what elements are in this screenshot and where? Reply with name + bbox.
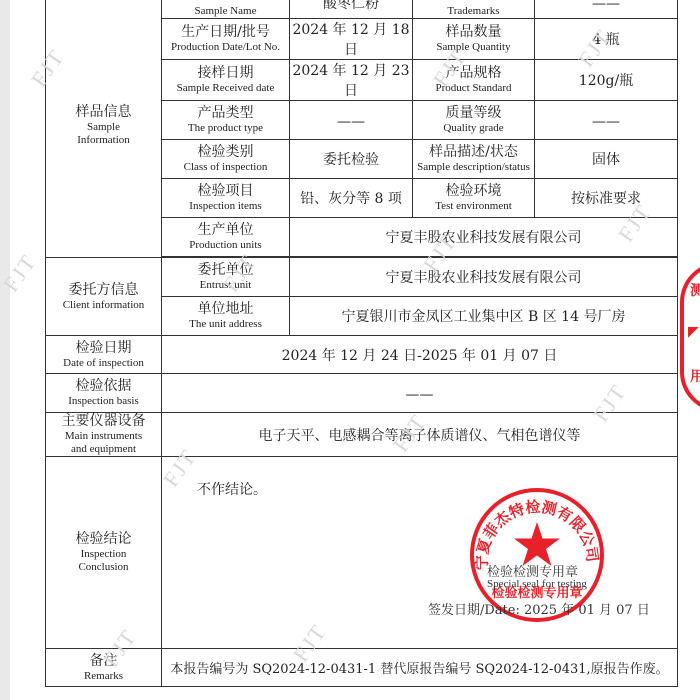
field-value-quality-grade: ——	[592, 114, 620, 130]
field-label-en: Conclusion	[46, 561, 161, 574]
field-label-en: The product type	[162, 122, 289, 135]
field-label-zh: 备注	[46, 653, 161, 670]
field-value-sample-quantity: 4 瓶	[592, 32, 619, 48]
field-value-production-unit: 宁夏丰股农业科技发展有限公司	[386, 230, 582, 246]
field-value-sample-name: 酸枣仁粉	[323, 0, 379, 12]
field-label-en: Entrust unit	[162, 279, 289, 292]
field-label-en: Inspection	[46, 548, 161, 561]
field-label-en: Sample Quantity	[413, 41, 534, 54]
field-value-instruments: 电子天平、电感耦合等离子体质谱仪、气相色谱仪等	[259, 428, 581, 444]
field-value-production-date: 2024 年 12 月 18 日	[292, 22, 409, 58]
row-inspection-date: 检验日期Date of inspection 2024 年 12 月 24 日-…	[46, 336, 678, 374]
field-label-zh: 检验类别	[162, 144, 289, 161]
field-label-en: Quality grade	[413, 122, 534, 135]
row-sample-name: 样品信息 Sample Information Sample Name 酸枣仁粉…	[46, 0, 678, 19]
field-label-en: Inspection items	[162, 200, 289, 213]
field-label-zh: 质量等级	[413, 105, 534, 122]
field-value-trademarks: ——	[592, 0, 620, 12]
field-label-zh: 产品类型	[162, 105, 289, 122]
field-label-en: Trademarks	[413, 5, 534, 18]
field-label-zh: 产品规格	[413, 65, 534, 82]
field-label-en: Sample Name	[162, 5, 289, 18]
field-value-test-environment: 按标准要求	[571, 191, 641, 207]
field-label-zh: 单位地址	[162, 301, 289, 318]
field-label-zh: 样品描述/状态	[413, 144, 534, 161]
field-label-zh: 样品数量	[413, 24, 534, 41]
field-label-en: Production units	[162, 239, 289, 252]
field-label-zh: 检验日期	[46, 340, 161, 357]
field-value-remarks: 本报告编号为 SQ2024-12-0431-1 替代原报告编号 SQ2024-1…	[170, 662, 668, 677]
field-value-product-standard: 120g/瓶	[579, 73, 633, 89]
field-label-en: Class of inspection	[162, 161, 289, 174]
field-label-en: Sample description/status	[413, 161, 534, 174]
field-value-unit-address: 宁夏银川市金凤区工业集中区 B 区 14 号厂房	[342, 309, 626, 325]
field-value-inspection-items: 铅、灰分等 8 项	[300, 191, 402, 207]
field-label-en: Product Standard	[413, 82, 534, 95]
field-label-en: Production Date/Lot No.	[162, 41, 289, 54]
field-label-zh: 委托单位	[162, 262, 289, 279]
field-label-en: and equipment	[46, 443, 161, 456]
field-label-en: Date of inspection	[46, 357, 161, 370]
row-remarks: 备注Remarks 本报告编号为 SQ2024-12-0431-1 替代原报告编…	[46, 649, 678, 687]
section-label-zh: 样品信息	[46, 104, 161, 121]
field-value-inspection-basis: ——	[406, 387, 434, 403]
field-label-zh: 生产日期/批号	[162, 24, 289, 41]
field-label-en: Sample Received date	[162, 82, 289, 95]
section-label-zh: 委托方信息	[46, 282, 161, 299]
field-value-entrust-unit: 宁夏丰股农业科技发展有限公司	[386, 270, 582, 286]
field-value-sample-status: 固体	[592, 152, 620, 168]
field-value-product-type: ——	[337, 114, 365, 130]
seal-label-en: Special seal for testing	[487, 578, 587, 590]
section-label-en: Client information	[46, 299, 161, 312]
field-label-zh: 主要仪器设备	[46, 413, 161, 430]
section-sample-info: 样品信息 Sample Information	[46, 0, 162, 258]
row-entrust-unit: 委托方信息 Client information 委托单位Entrust uni…	[46, 258, 678, 297]
row-instruments: 主要仪器设备Main instrumentsand equipment 电子天平…	[46, 413, 678, 457]
section-label-en: Sample Information	[69, 121, 139, 147]
field-label-zh: 接样日期	[162, 65, 289, 82]
field-value-inspection-class: 委托检验	[323, 152, 379, 168]
viewer-gutter	[0, 0, 10, 700]
section-client-info: 委托方信息 Client information	[46, 258, 162, 336]
field-label-en: Remarks	[46, 670, 161, 683]
field-label-en: The unit address	[162, 318, 289, 331]
field-value-received-date: 2024 年 12 月 23 日	[292, 63, 409, 99]
field-label-en: Main instruments	[46, 430, 161, 443]
field-value-inspection-date: 2024 年 12 月 24 日-2025 年 01 月 07 日	[282, 348, 558, 364]
field-label-en: Inspection basis	[46, 395, 161, 408]
row-inspection-basis: 检验依据Inspection basis ——	[46, 374, 678, 413]
field-value-conclusion: 不作结论。	[197, 482, 267, 498]
issue-date: 签发日期/Date: 2025 年 01 月 07 日	[428, 599, 650, 618]
field-label-zh: 检验环境	[413, 183, 534, 200]
field-label-zh: 检验依据	[46, 378, 161, 395]
star-icon	[514, 522, 560, 566]
field-label-zh: 检验结论	[46, 531, 161, 548]
field-label-zh: 检验项目	[162, 183, 289, 200]
field-label-en: Test environment	[413, 200, 534, 213]
field-label-zh: 生产单位	[162, 222, 289, 239]
